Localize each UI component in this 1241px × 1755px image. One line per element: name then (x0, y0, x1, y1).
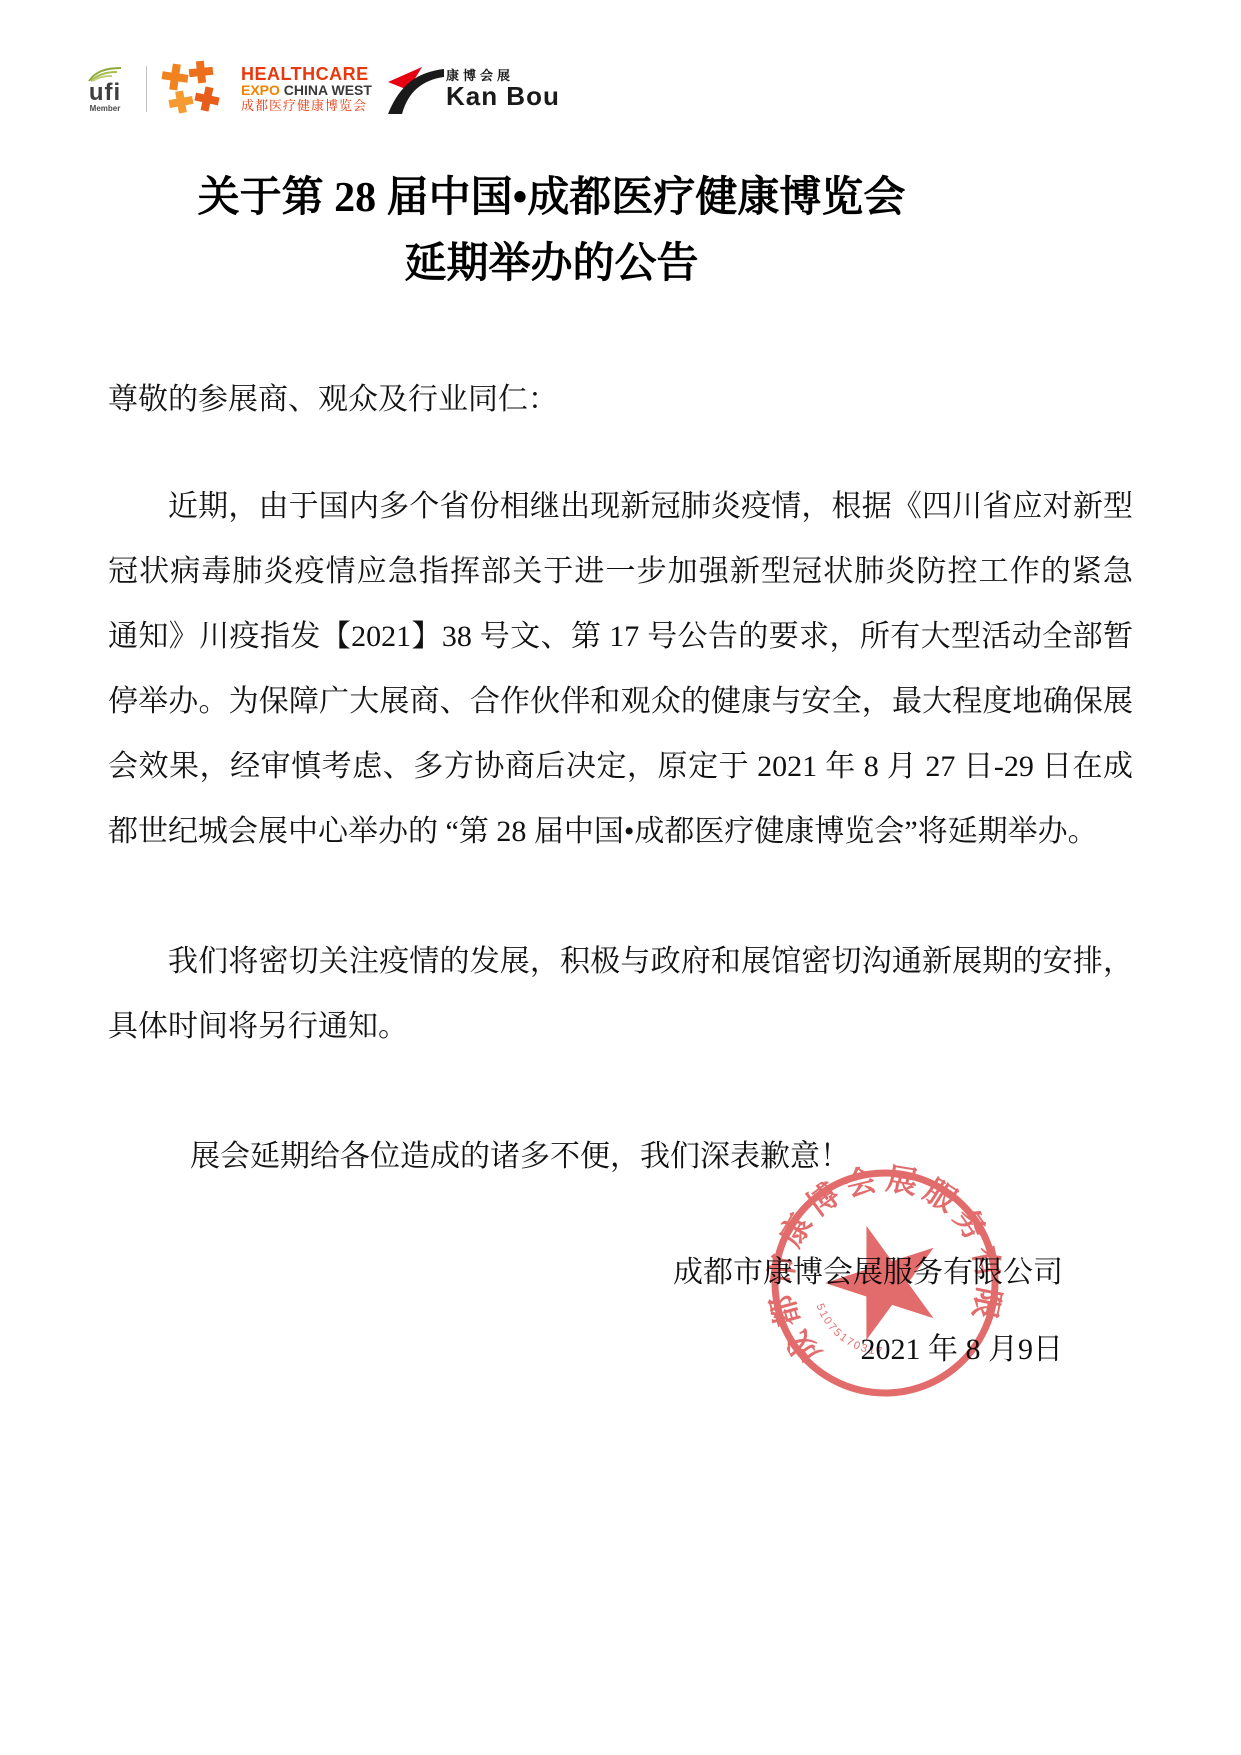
salutation: 尊敬的参展商、观众及行业同仁： (108, 378, 1133, 422)
paragraph-3: 展会延期给各位造成的诸多不便，我们深表歉意！ (108, 1124, 1133, 1189)
paragraph-line: 会效果，经审慎考虑、多方协商后决定，原定于 2021 年 8 月 27 日-29… (108, 734, 1133, 799)
document-body: 关于第 28 届中国•成都医疗健康博览会 延期举办的公告 尊敬的参展商、观众及行… (108, 0, 1133, 1382)
paragraph-line: 近期，由于国内多个省份相继出现新冠肺炎疫情，根据《四川省应对新型 (108, 474, 1133, 539)
paragraph-line: 停举办。为保障广大展商、合作伙伴和观众的健康与安全，最大程度地确保展 (108, 669, 1133, 734)
date-line: 2021 年 8 月9日 (108, 1317, 1133, 1382)
paragraph-line: 我们将密切关注疫情的发展，积极与政府和展馆密切沟通新展期的安排， (108, 929, 1133, 994)
paragraph-2: 我们将密切关注疫情的发展，积极与政府和展馆密切沟通新展期的安排， 具体时间将另行… (108, 929, 1133, 1059)
paragraph-line: 展会延期给各位造成的诸多不便，我们深表歉意！ (108, 1124, 1133, 1189)
paragraph-line: 都世纪城会展中心举办的 “第 28 届中国•成都医疗健康博览会”将延期举办。 (108, 799, 1133, 864)
document-title: 关于第 28 届中国•成都医疗健康博览会 延期举办的公告 (108, 172, 1133, 290)
paragraph-line: 具体时间将另行通知。 (108, 994, 1133, 1059)
title-line-1: 关于第 28 届中国•成都医疗健康博览会 (108, 172, 995, 224)
paragraph-1: 近期，由于国内多个省份相继出现新冠肺炎疫情，根据《四川省应对新型 冠状病毒肺炎疫… (108, 474, 1133, 864)
paragraph-line: 冠状病毒肺炎疫情应急指挥部关于进一步加强新型冠状肺炎防控工作的紧急 (108, 539, 1133, 604)
title-line-2: 延期举办的公告 (108, 238, 995, 290)
signature: 成都市康博会展服务有限公司 (108, 1240, 1133, 1305)
paragraph-line: 通知》川疫指发【2021】38 号文、第 17 号公告的要求，所有大型活动全部暂 (108, 604, 1133, 669)
page: ufi Member HEALTHCARE EX (0, 0, 1241, 1755)
